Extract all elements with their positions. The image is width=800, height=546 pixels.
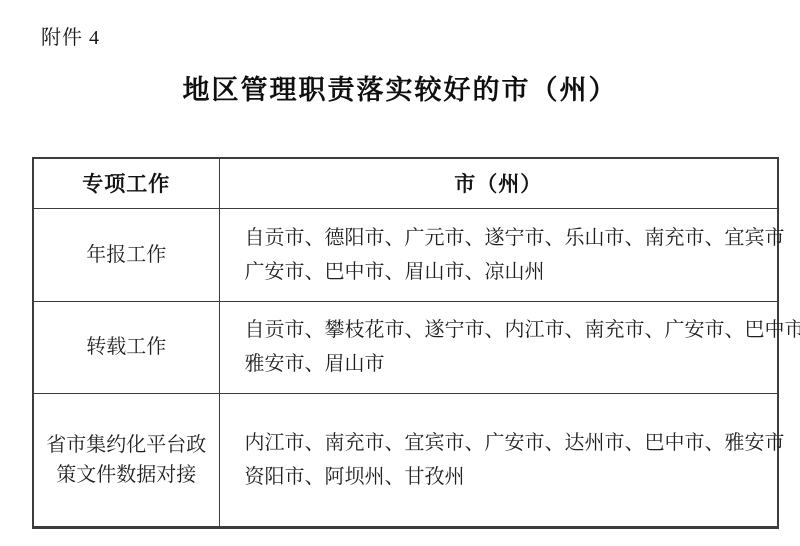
cities-cell-platform-data: 内江市、南充市、宜宾市、广安市、达州市、巴中市、雅安市 资阳市、阿坝州、甘孜州 xyxy=(219,393,778,527)
cities-cell-reprint: 自贡市、攀枝花市、遂宁市、内江市、南充市、广安市、巴中市 雅安市、眉山市 xyxy=(219,301,778,393)
cities-line: 资阳市、阿坝州、甘孜州 xyxy=(245,460,761,494)
work-label-reprint: 转载工作 xyxy=(33,301,219,393)
column-header-city: 市（州） xyxy=(219,158,778,208)
cities-line: 自贡市、德阳市、广元市、遂宁市、乐山市、南充市、宜宾市 xyxy=(245,221,761,255)
column-header-work: 专项工作 xyxy=(33,158,219,208)
document-page: 附件 4 地区管理职责落实较好的市（州） 专项工作 市（州） 年报工作 自贡市、… xyxy=(0,0,800,546)
page-title: 地区管理职责落实较好的市（州） xyxy=(0,68,800,107)
attachment-label: 附件 4 xyxy=(41,21,100,50)
cities-line: 内江市、南充市、宜宾市、广安市、达州市、巴中市、雅安市 xyxy=(245,426,761,460)
work-label-platform-data: 省市集约化平台政策文件数据对接 xyxy=(33,393,219,527)
table-row-annual-report: 年报工作 自贡市、德阳市、广元市、遂宁市、乐山市、南充市、宜宾市 广安市、巴中市… xyxy=(33,208,778,301)
table-row-reprint: 转载工作 自贡市、攀枝花市、遂宁市、内江市、南充市、广安市、巴中市 雅安市、眉山… xyxy=(33,301,778,393)
table-row-platform-data: 省市集约化平台政策文件数据对接 内江市、南充市、宜宾市、广安市、达州市、巴中市、… xyxy=(33,393,778,527)
cities-line: 雅安市、眉山市 xyxy=(245,347,761,381)
cities-table: 专项工作 市（州） 年报工作 自贡市、德阳市、广元市、遂宁市、乐山市、南充市、宜… xyxy=(32,157,779,529)
cities-line: 广安市、巴中市、眉山市、凉山州 xyxy=(245,255,761,289)
work-label-annual-report: 年报工作 xyxy=(33,208,219,301)
table-header-row: 专项工作 市（州） xyxy=(33,158,778,208)
cities-line: 自贡市、攀枝花市、遂宁市、内江市、南充市、广安市、巴中市 xyxy=(245,313,761,347)
cities-cell-annual-report: 自贡市、德阳市、广元市、遂宁市、乐山市、南充市、宜宾市 广安市、巴中市、眉山市、… xyxy=(219,208,778,301)
